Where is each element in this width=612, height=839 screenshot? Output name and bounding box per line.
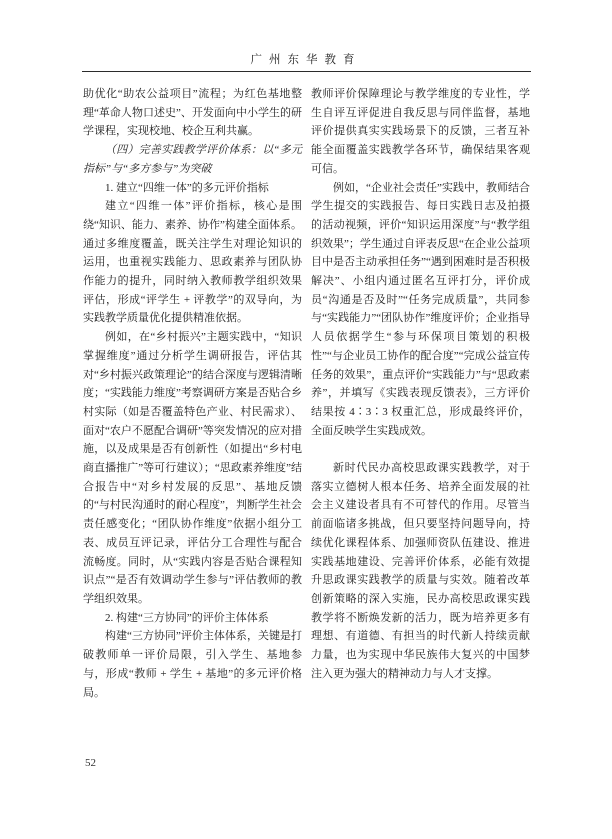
section-heading: （四）完善实践教学评价体系：以“多元指标”与“多方参与”为突破 xyxy=(83,141,302,178)
text-columns: 助优化“助农公益项目”流程；为红色基地整理“革命人物口述史”、开发面向中小学生的… xyxy=(83,85,530,702)
body-paragraph: 构建“三方协同”评价主体体系，关键是打破教师单一评价局限，引入学生、基地参与，形… xyxy=(83,627,302,702)
subsection-heading-1: 1. 建立“四维一体”的多元评价指标 xyxy=(83,179,302,198)
body-paragraph: 例如，在“乡村振兴”主题实践中，“知识掌握维度”通过分析学生调研报告，评估其对“… xyxy=(83,328,302,609)
body-paragraph: 建立“四维一体”评价指标，核心是围绕“知识、能力、素养、协作”构建全面体系。通过… xyxy=(83,197,302,328)
left-column: 助优化“助农公益项目”流程；为红色基地整理“革命人物口述史”、开发面向中小学生的… xyxy=(83,85,302,702)
right-column: 教师评价保障理论与教学维度的专业性，学生自评互评促进自我反思与同伴监督，基地评价… xyxy=(311,85,530,702)
journal-header-title: 广州东华教育 xyxy=(0,51,612,67)
header-divider xyxy=(82,71,531,72)
paragraph-continuation: 助优化“助农公益项目”流程；为红色基地整理“革命人物口述史”、开发面向中小学生的… xyxy=(83,85,302,141)
page-number: 52 xyxy=(85,757,96,769)
conclusion-paragraph: 新时代民办高校思政课实践教学，对于落实立德树人根本任务、培养全面发展的社会主义建… xyxy=(311,459,530,683)
body-paragraph: 例如，“企业社会责任”实践中，教师结合学生提交的实践报告、每日实践日志及拍摄的活… xyxy=(311,179,530,441)
subsection-heading-2: 2. 构建“三方协同”的评价主体体系 xyxy=(83,609,302,628)
document-page: 广州东华教育 助优化“助农公益项目”流程；为红色基地整理“革命人物口述史”、开发… xyxy=(0,0,612,839)
paragraph-continuation: 教师评价保障理论与教学维度的专业性，学生自评互评促进自我反思与同伴监督，基地评价… xyxy=(311,85,530,179)
